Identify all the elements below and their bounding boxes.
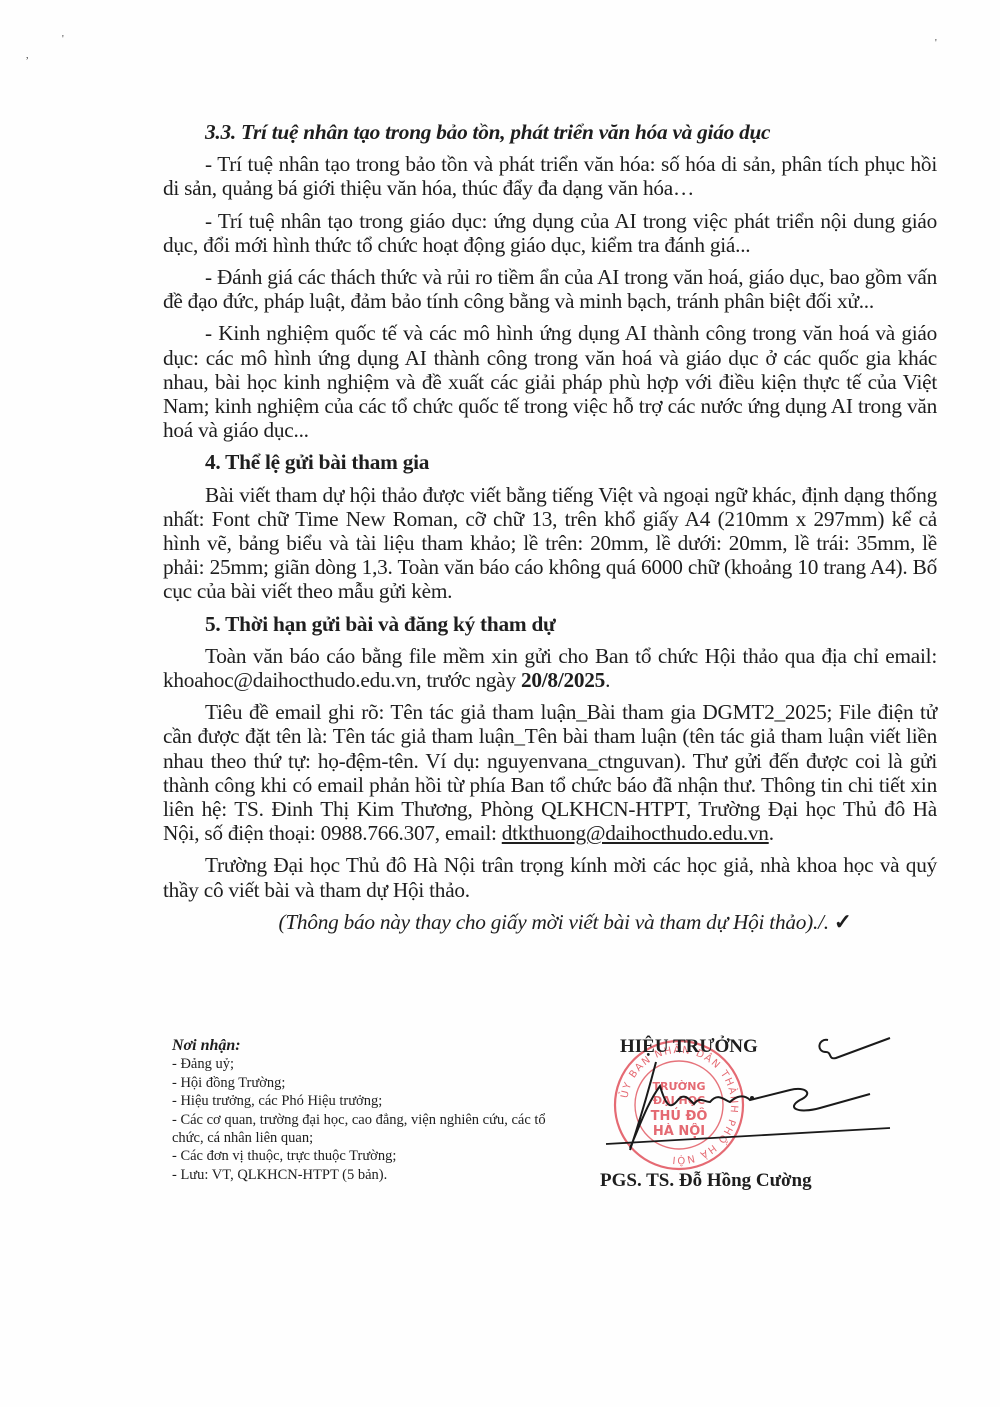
scan-speck: ' <box>935 38 937 49</box>
section-heading-5: 5. Thời hạn gửi bài và đăng ký tham dự <box>163 612 937 636</box>
recipients-block: Nơi nhận: - Đảng uỷ; - Hội đồng Trường; … <box>172 1037 572 1184</box>
document-body: 3.3. Trí tuệ nhân tạo trong bảo tồn, phá… <box>163 120 937 934</box>
contact-email-link[interactable]: dtkthuong@daihocthudo.edu.vn <box>502 821 769 845</box>
signature-block: HIỆU TRƯỞNG ỦY BAN NHÂN DÂN THÀNH PHỐ HÀ… <box>600 1030 900 1200</box>
recipient-item: - Các đơn vị thuộc, trực thuộc Trường; <box>172 1147 572 1165</box>
paragraph: - Trí tuệ nhân tạo trong giáo dục: ứng d… <box>163 209 937 257</box>
punctuation: . <box>605 668 610 692</box>
punctuation: . <box>769 821 774 845</box>
signer-name: PGS. TS. Đỗ Hồng Cường <box>600 1170 812 1192</box>
submission-paragraph: Toàn văn báo cáo bằng file mềm xin gửi c… <box>163 644 937 692</box>
recipients-title-text: Nơi nhận <box>172 1037 235 1054</box>
recipient-item: - Các cơ quan, trường đại học, cao đẳng,… <box>172 1111 572 1148</box>
closing-note-text: (Thông báo này thay cho giấy mời viết bà… <box>279 910 829 934</box>
recipient-item: - Đảng uỷ; <box>172 1055 572 1073</box>
signer-title: HIỆU TRƯỞNG <box>620 1036 758 1058</box>
paragraph: Bài viết tham dự hội thảo được viết bằng… <box>163 483 937 604</box>
scan-speck: ' <box>62 34 64 45</box>
recipient-item: - Lưu: VT, QLKHCN-HTPT (5 bản). <box>172 1166 572 1184</box>
deadline-date: 20/8/2025 <box>521 668 605 692</box>
recipient-item: - Hiệu trưởng, các Phó Hiệu trưởng; <box>172 1092 572 1110</box>
section-heading-4: 4. Thể lệ gửi bài tham gia <box>163 450 937 474</box>
initials-mark-icon: ✓ <box>834 910 852 934</box>
document-page: ' , ' 3.3. Trí tuệ nhân tạo trong bảo tồ… <box>0 0 1000 1407</box>
paragraph: - Trí tuệ nhân tạo trong bảo tồn và phát… <box>163 152 937 200</box>
section-heading-3-3: 3.3. Trí tuệ nhân tạo trong bảo tồn, phá… <box>163 120 937 144</box>
recipients-title: Nơi nhận: <box>172 1037 572 1055</box>
invitation-paragraph: Trường Đại học Thủ đô Hà Nội trân trọng … <box>163 853 937 901</box>
email-rules-paragraph: Tiêu đề email ghi rõ: Tên tác giả tham l… <box>163 700 937 845</box>
closing-note: (Thông báo này thay cho giấy mời viết bà… <box>163 910 937 934</box>
scan-speck: , <box>26 50 29 61</box>
recipient-item: - Hội đồng Trường; <box>172 1074 572 1092</box>
paragraph: - Kinh nghiệm quốc tế và các mô hình ứng… <box>163 321 937 442</box>
paragraph: - Đánh giá các thách thức và rủi ro tiềm… <box>163 265 937 313</box>
